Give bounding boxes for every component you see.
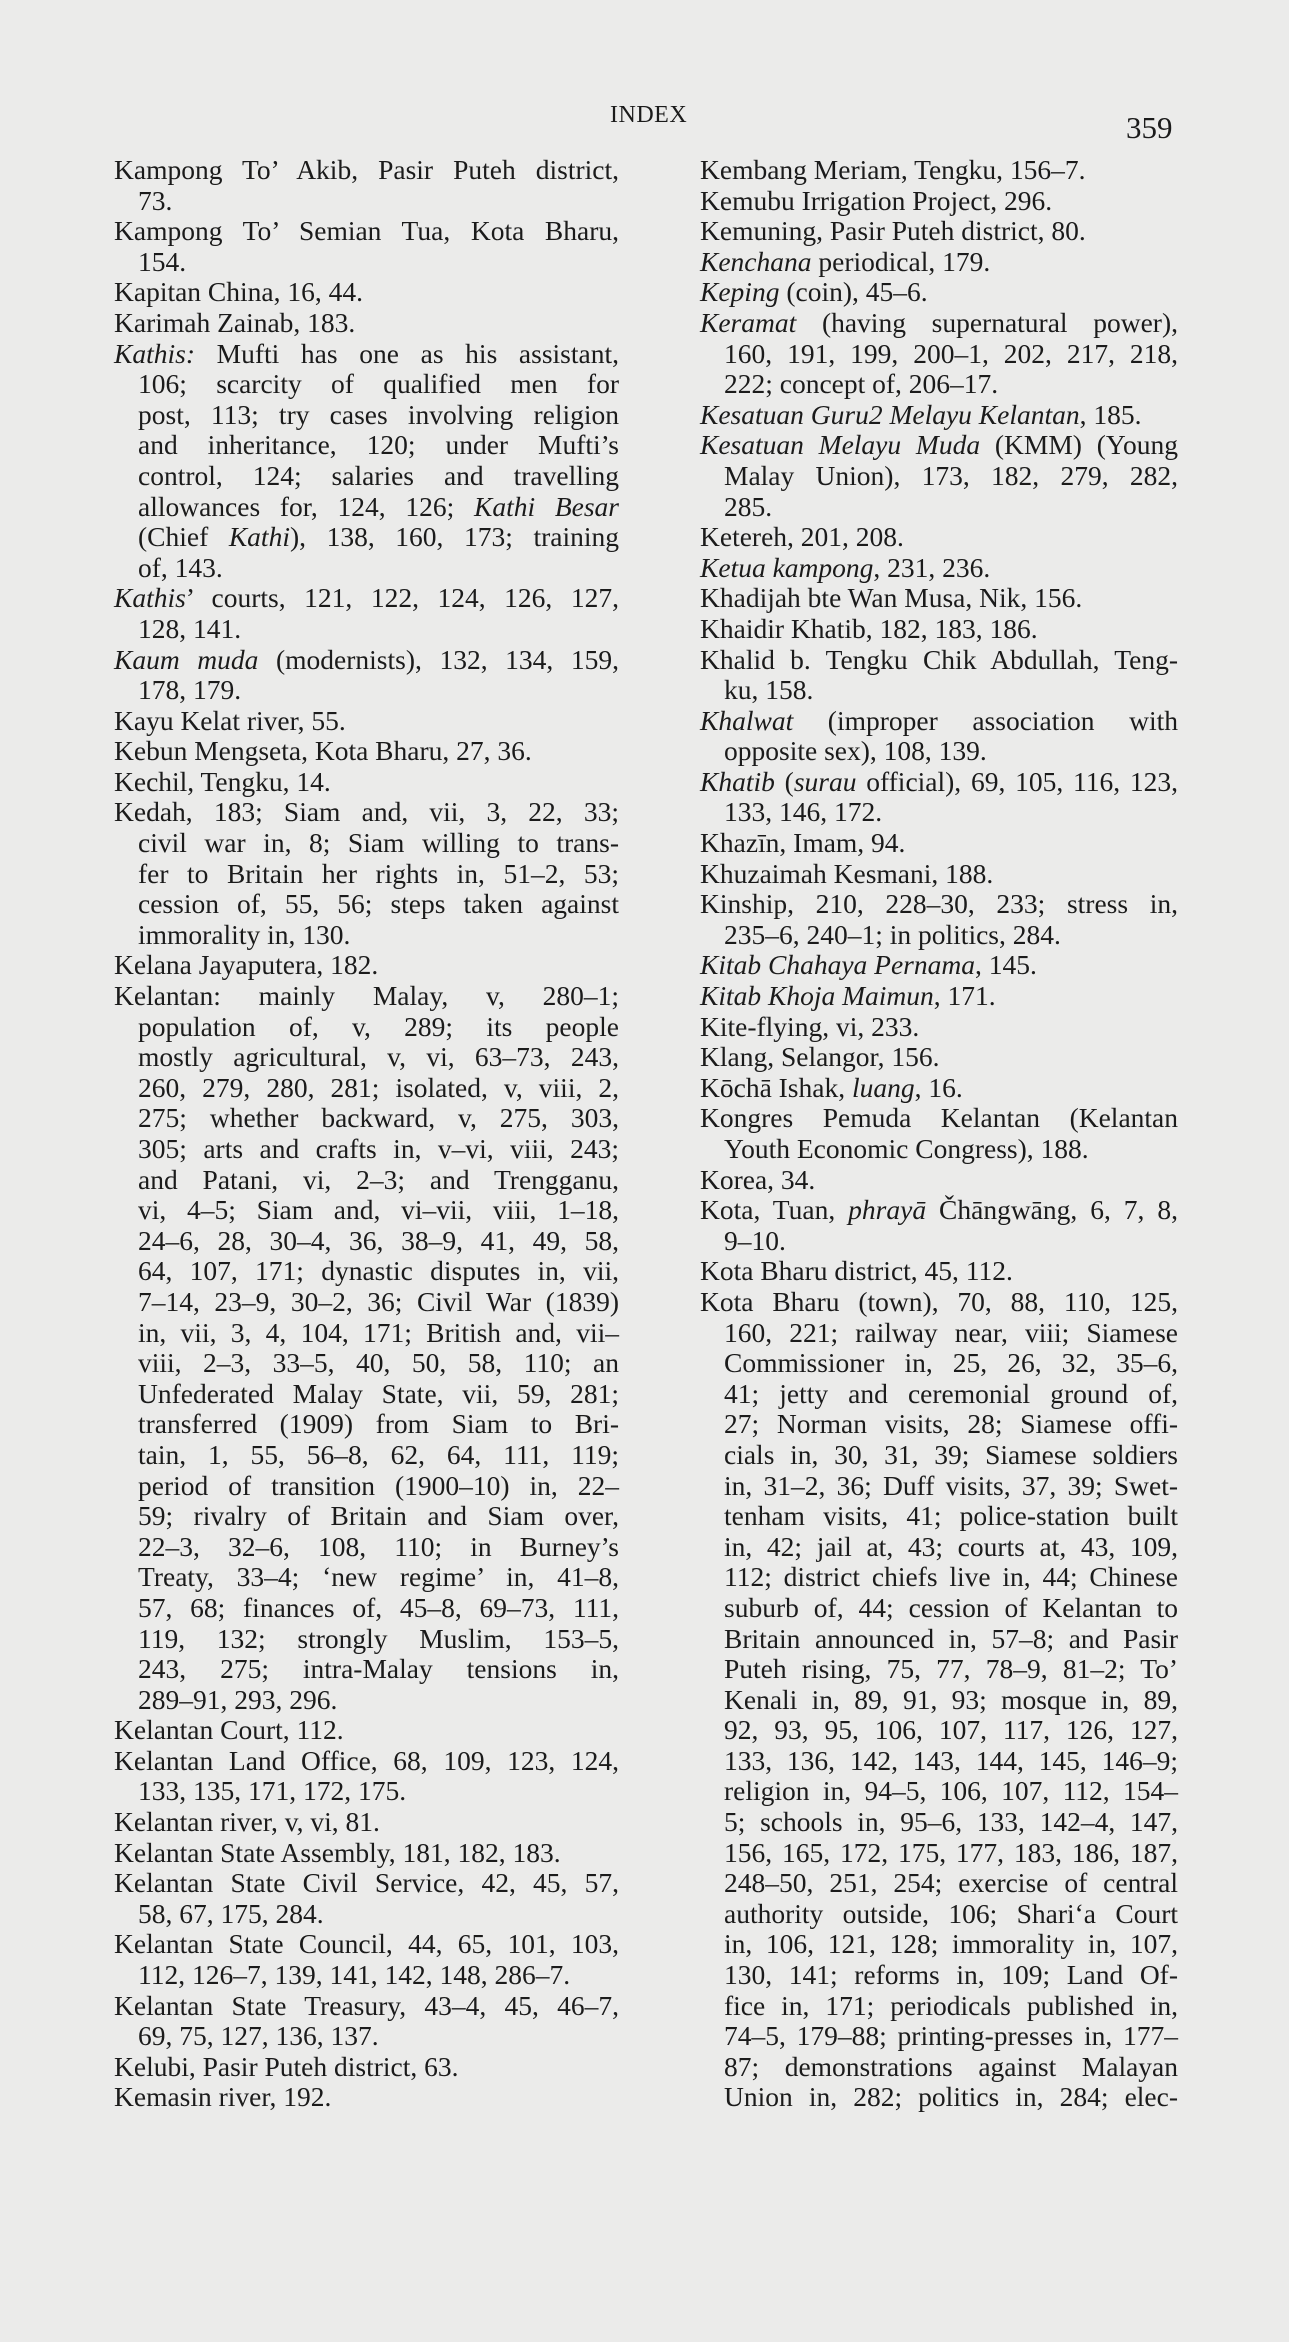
entry-text: Commissioner in, 25, 26, 32, 35–6,: [724, 1347, 1178, 1378]
entry-continuation-line: Union in, 282; politics in, 284; elec-: [700, 2082, 1178, 2113]
entry-text: 7–14, 23–9, 30–2, 36; Civil War (1839): [138, 1286, 619, 1317]
entry-text: tenham visits, 41; police-station built: [724, 1500, 1178, 1531]
entry-continuation-line: 178, 179.: [114, 675, 619, 706]
index-entry: Khalid b. Tengku Chik Abdullah, Teng-ku,…: [700, 645, 1178, 706]
entry-continuation-line: 57, 68; finances of, 45–8, 69–73, 111,: [114, 1593, 619, 1624]
entry-continuation-line: Treaty, 33–4; ‘new regime’ in, 41–8,: [114, 1562, 619, 1593]
entry-continuation-line: cials in, 30, 31, 39; Siamese soldiers: [700, 1440, 1178, 1471]
entry-text: Kelantan State Assembly, 181, 182, 183.: [114, 1837, 561, 1868]
entry-text: authority outside, 106; Shari‘a Court: [724, 1898, 1178, 1929]
entry-continuation-line: 41; jetty and ceremonial ground of,: [700, 1379, 1178, 1410]
entry-text: suburb of, 44; cession of Kelantan to: [724, 1592, 1178, 1623]
entry-text: Ketereh, 201, 208.: [700, 521, 904, 552]
entry-text: mostly agricultural, v, vi, 63–73, 243,: [138, 1041, 619, 1072]
entry-continuation-line: vi, 4–5; Siam and, vi–vii, viii, 1–18,: [114, 1195, 619, 1226]
index-entry: Kenchana periodical, 179.: [700, 247, 1178, 278]
entry-heading-line: Khadijah bte Wan Musa, Nik, 156.: [700, 583, 1178, 614]
entry-continuation-line: opposite sex), 108, 139.: [700, 736, 1178, 767]
entry-continuation-line: civil war in, 8; Siam willing to trans-: [114, 828, 619, 859]
index-entry: Kelantan State Assembly, 181, 182, 183.: [114, 1838, 619, 1869]
index-entry: Kelantan Land Office, 68, 109, 123, 124,…: [114, 1746, 619, 1807]
italic-term: Kenchana: [700, 246, 812, 277]
entry-text: 133, 136, 142, 143, 144, 145, 146–9;: [724, 1745, 1178, 1776]
entry-heading-line: Kongres Pemuda Kelantan (Kelantan: [700, 1103, 1178, 1134]
entry-heading-line: Khalwat (improper association with: [700, 706, 1178, 737]
italic-term: Khalwat: [700, 705, 793, 736]
index-entry: Kembang Meriam, Tengku, 156–7.: [700, 155, 1178, 186]
entry-text: Kechil, Tengku, 14.: [114, 766, 331, 797]
entry-continuation-line: Britain announced in, 57–8; and Pasir: [700, 1624, 1178, 1655]
entry-text: in, 42; jail at, 43; courts at, 43, 109,: [724, 1531, 1178, 1562]
index-entry: Kelantan State Council, 44, 65, 101, 103…: [114, 1929, 619, 1990]
entry-text: ku, 158.: [724, 674, 813, 705]
entry-heading-line: Kelantan State Assembly, 181, 182, 183.: [114, 1838, 619, 1869]
entry-continuation-line: post, 113; try cases involving religion: [114, 400, 619, 431]
entry-heading-line: Ketereh, 201, 208.: [700, 522, 1178, 553]
index-entry: Kampong To’ Akib, Pasir Puteh district,7…: [114, 155, 619, 216]
italic-term: Keping: [700, 276, 779, 307]
entry-text: Unfederated Malay State, vii, 59, 281;: [138, 1378, 619, 1409]
entry-continuation-line: tain, 1, 55, 56–8, 62, 64, 111, 119;: [114, 1440, 619, 1471]
entry-text: 64, 107, 171; dynastic disputes in, vii,: [138, 1255, 619, 1286]
entry-text: viii, 2–3, 33–5, 40, 50, 58, 110; an: [138, 1347, 619, 1378]
entry-text: post, 113; try cases involving religion: [138, 399, 619, 430]
entry-heading-line: Kota Bharu district, 45, 112.: [700, 1256, 1178, 1287]
entry-text: Kota, Tuan,: [700, 1194, 848, 1225]
entry-heading-line: Kaum muda (modernists), 132, 134, 159,: [114, 645, 619, 676]
index-column-left: Kampong To’ Akib, Pasir Puteh district,7…: [114, 155, 619, 2113]
entry-continuation-line: 119, 132; strongly Muslim, 153–5,: [114, 1624, 619, 1655]
entry-text: 41; jetty and ceremonial ground of,: [724, 1378, 1178, 1409]
entry-text: vi, 4–5; Siam and, vi–vii, viii, 1–18,: [138, 1194, 619, 1225]
entry-text: (: [775, 766, 794, 797]
entry-continuation-line: 154.: [114, 247, 619, 278]
entry-text: periodical, 179.: [812, 246, 991, 277]
entry-text: 27; Norman visits, 28; Siamese offi-: [724, 1408, 1178, 1439]
entry-text: Youth Economic Congress), 188.: [724, 1133, 1089, 1164]
entry-text: 248–50, 251, 254; exercise of central: [724, 1867, 1178, 1898]
entry-continuation-line: 27; Norman visits, 28; Siamese offi-: [700, 1409, 1178, 1440]
entry-continuation-line: 106; scarcity of qualified men for: [114, 369, 619, 400]
entry-text: 243, 275; intra-Malay tensions in,: [138, 1653, 619, 1684]
entry-text: Kampong To’ Akib, Pasir Puteh district,: [114, 154, 619, 185]
entry-continuation-line: Puteh rising, 75, 77, 78–9, 81–2; To’: [700, 1654, 1178, 1685]
entry-heading-line: Khazīn, Imam, 94.: [700, 828, 1178, 859]
entry-text: ’ courts, 121, 122, 124, 126, 127,: [186, 582, 619, 613]
entry-heading-line: Korea, 34.: [700, 1165, 1178, 1196]
entry-text: civil war in, 8; Siam willing to trans-: [138, 827, 619, 858]
entry-text: Kota Bharu (town), 70, 88, 110, 125,: [700, 1286, 1178, 1317]
entry-text: cession of, 55, 56; steps taken against: [138, 888, 619, 919]
index-entry: Kayu Kelat river, 55.: [114, 706, 619, 737]
index-entry: Kemuning, Pasir Puteh district, 80.: [700, 216, 1178, 247]
index-entry: Kelantan river, v, vi, 81.: [114, 1807, 619, 1838]
italic-term: Kathis: [114, 582, 186, 613]
entry-continuation-line: 58, 67, 175, 284.: [114, 1899, 619, 1930]
entry-text: 74–5, 179–88; printing-presses in, 177–: [724, 2020, 1178, 2051]
entry-text: cials in, 30, 31, 39; Siamese soldiers: [724, 1439, 1178, 1470]
entry-continuation-line: religion in, 94–5, 106, 107, 112, 154–: [700, 1776, 1178, 1807]
entry-text: 156, 165, 172, 175, 177, 183, 186, 187,: [724, 1837, 1178, 1868]
entry-text: official), 69, 105, 116, 123,: [856, 766, 1178, 797]
entry-text: Kelantan State Council, 44, 65, 101, 103…: [114, 1928, 619, 1959]
italic-term: Kesatuan Melayu Muda: [700, 429, 980, 460]
entry-text: religion in, 94–5, 106, 107, 112, 154–: [724, 1775, 1178, 1806]
index-entry: Keping (coin), 45–6.: [700, 277, 1178, 308]
italic-term: Kaum muda: [114, 644, 258, 675]
entry-continuation-line: mostly agricultural, v, vi, 63–73, 243,: [114, 1042, 619, 1073]
entry-text: Korea, 34.: [700, 1164, 815, 1195]
index-entry: Khuzaimah Kesmani, 188.: [700, 859, 1178, 890]
entry-text: , 231, 236.: [873, 552, 990, 583]
entry-text: 133, 146, 172.: [724, 796, 882, 827]
entry-heading-line: Kedah, 183; Siam and, vii, 3, 22, 33;: [114, 797, 619, 828]
index-entry: Kitab Chahaya Pernama, 145.: [700, 950, 1178, 981]
entry-continuation-line: control, 124; salaries and travelling: [114, 461, 619, 492]
entry-text: (coin), 45–6.: [779, 276, 927, 307]
entry-text: Kapitan China, 16, 44.: [114, 276, 363, 307]
entry-text: Mufti has one as his assistant,: [195, 338, 619, 369]
italic-term: Kesatuan Guru2 Melayu Kelantan: [700, 399, 1080, 430]
index-entry: Khadijah bte Wan Musa, Nik, 156.: [700, 583, 1178, 614]
entry-heading-line: Kelana Jayaputera, 182.: [114, 950, 619, 981]
index-entry: Keramat (having supernatural power),160,…: [700, 308, 1178, 400]
entry-continuation-line: 128, 141.: [114, 614, 619, 645]
index-entry: Kechil, Tengku, 14.: [114, 767, 619, 798]
entry-heading-line: Ketua kampong, 231, 236.: [700, 553, 1178, 584]
italic-term: phrayā: [848, 1194, 926, 1225]
entry-text: 87; demonstrations against Malayan: [724, 2051, 1178, 2082]
index-entry: Kesatuan Melayu Muda (KMM) (YoungMalay U…: [700, 430, 1178, 522]
entry-heading-line: Karimah Zainab, 183.: [114, 308, 619, 339]
entry-continuation-line: 130, 141; reforms in, 109; Land Of-: [700, 1960, 1178, 1991]
entry-text: 112; district chiefs live in, 44; Chines…: [724, 1561, 1178, 1592]
entry-heading-line: Kampong To’ Semian Tua, Kota Bharu,: [114, 216, 619, 247]
entry-continuation-line: of, 143.: [114, 553, 619, 584]
entry-continuation-line: 24–6, 28, 30–4, 36, 38–9, 41, 49, 58,: [114, 1226, 619, 1257]
entry-continuation-line: 248–50, 251, 254; exercise of central: [700, 1868, 1178, 1899]
italic-term: Kathi Besar: [474, 491, 619, 522]
entry-continuation-line: 235–6, 240–1; in politics, 284.: [700, 920, 1178, 951]
entry-text: 106; scarcity of qualified men for: [138, 368, 619, 399]
entry-text: Kongres Pemuda Kelantan (Kelantan: [700, 1102, 1178, 1133]
entry-continuation-line: Malay Union), 173, 182, 279, 282,: [700, 461, 1178, 492]
index-entry: Kota, Tuan, phrayā Čhāngwāng, 6, 7, 8,9–…: [700, 1195, 1178, 1256]
entry-text: 69, 75, 127, 136, 137.: [138, 2020, 379, 2051]
entry-text: opposite sex), 108, 139.: [724, 735, 987, 766]
entry-continuation-line: 160, 221; railway near, viii; Siamese: [700, 1318, 1178, 1349]
entry-text: Kedah, 183; Siam and, vii, 3, 22, 33;: [114, 796, 619, 827]
entry-continuation-line: fice in, 171; periodicals published in,: [700, 1991, 1178, 2022]
italic-term: luang: [852, 1072, 915, 1103]
index-entry: Kelantan Court, 112.: [114, 1715, 619, 1746]
entry-text: fer to Britain her rights in, 51–2, 53;: [138, 858, 619, 889]
index-entry: Kitab Khoja Maimun, 171.: [700, 981, 1178, 1012]
entry-text: and inheritance, 120; under Mufti’s: [138, 429, 619, 460]
entry-text: 154.: [138, 246, 186, 277]
entry-continuation-line: 289–91, 293, 296.: [114, 1685, 619, 1716]
entry-text: Puteh rising, 75, 77, 78–9, 81–2; To’: [724, 1653, 1178, 1684]
entry-continuation-line: period of transition (1900–10) in, 22–: [114, 1471, 619, 1502]
entry-heading-line: Kemasin river, 192.: [114, 2082, 619, 2113]
index-entry: Kedah, 183; Siam and, vii, 3, 22, 33;civ…: [114, 797, 619, 950]
entry-heading-line: Kitab Khoja Maimun, 171.: [700, 981, 1178, 1012]
index-entry: Kelantan State Treasury, 43–4, 45, 46–7,…: [114, 1991, 619, 2052]
entry-text: 22–3, 32–6, 108, 110; in Burney’s: [138, 1531, 619, 1562]
entry-heading-line: Kembang Meriam, Tengku, 156–7.: [700, 155, 1178, 186]
entry-heading-line: Kitab Chahaya Pernama, 145.: [700, 950, 1178, 981]
entry-continuation-line: 64, 107, 171; dynastic disputes in, vii,: [114, 1256, 619, 1287]
index-entry: Kemasin river, 192.: [114, 2082, 619, 2113]
italic-term: Ketua kampong: [700, 552, 873, 583]
entry-continuation-line: 156, 165, 172, 175, 177, 183, 186, 187,: [700, 1838, 1178, 1869]
entry-heading-line: Kampong To’ Akib, Pasir Puteh district,: [114, 155, 619, 186]
entry-heading-line: Khuzaimah Kesmani, 188.: [700, 859, 1178, 890]
entry-heading-line: Kayu Kelat river, 55.: [114, 706, 619, 737]
running-head: INDEX: [610, 102, 687, 129]
entry-continuation-line: immorality in, 130.: [114, 920, 619, 951]
entry-text: 178, 179.: [138, 674, 241, 705]
entry-heading-line: Kemubu Irrigation Project, 296.: [700, 186, 1178, 217]
entry-heading-line: Khaidir Khatib, 182, 183, 186.: [700, 614, 1178, 645]
index-entry: Karimah Zainab, 183.: [114, 308, 619, 339]
entry-continuation-line: (Chief Kathi), 138, 160, 173; training: [114, 522, 619, 553]
entry-continuation-line: 112; district chiefs live in, 44; Chines…: [700, 1562, 1178, 1593]
entry-continuation-line: 69, 75, 127, 136, 137.: [114, 2021, 619, 2052]
entry-text: (Chief: [138, 521, 229, 552]
entry-continuation-line: 112, 126–7, 139, 141, 142, 148, 286–7.: [114, 1960, 619, 1991]
entry-text: Kelantan: mainly Malay, v, 280–1;: [114, 980, 619, 1011]
entry-continuation-line: 133, 146, 172.: [700, 797, 1178, 828]
entry-continuation-line: and inheritance, 120; under Mufti’s: [114, 430, 619, 461]
entry-text: Kinship, 210, 228–30, 233; stress in,: [700, 888, 1178, 919]
entry-heading-line: Kite-flying, vi, 233.: [700, 1012, 1178, 1043]
entry-continuation-line: suburb of, 44; cession of Kelantan to: [700, 1593, 1178, 1624]
entry-continuation-line: in, 42; jail at, 43; courts at, 43, 109,: [700, 1532, 1178, 1563]
entry-heading-line: Kathis: Mufti has one as his assistant,: [114, 339, 619, 370]
entry-text: Kelana Jayaputera, 182.: [114, 949, 378, 980]
index-entry: Kathis: Mufti has one as his assistant,1…: [114, 339, 619, 584]
index-entry: Kathis’ courts, 121, 122, 124, 126, 127,…: [114, 583, 619, 644]
entry-text: (having supernatural power),: [796, 307, 1178, 338]
entry-continuation-line: tenham visits, 41; police-station built: [700, 1501, 1178, 1532]
entry-continuation-line: 285.: [700, 492, 1178, 523]
entry-continuation-line: 305; arts and crafts in, v–vi, viii, 243…: [114, 1134, 619, 1165]
entry-text: immorality in, 130.: [138, 919, 350, 950]
entry-text: 160, 221; railway near, viii; Siamese: [724, 1317, 1178, 1348]
entry-continuation-line: 160, 191, 199, 200–1, 202, 217, 218,: [700, 339, 1178, 370]
entry-text: Khuzaimah Kesmani, 188.: [700, 858, 993, 889]
entry-text: Khadijah bte Wan Musa, Nik, 156.: [700, 582, 1082, 613]
entry-text: Union in, 282; politics in, 284; elec-: [724, 2081, 1178, 2112]
entry-heading-line: Kōchā Ishak, luang, 16.: [700, 1073, 1178, 1104]
entry-text: 73.: [138, 185, 172, 216]
entry-heading-line: Kelantan State Council, 44, 65, 101, 103…: [114, 1929, 619, 1960]
entry-text: 92, 93, 95, 106, 107, 117, 126, 127,: [724, 1714, 1178, 1745]
entry-text: in, 31–2, 36; Duff visits, 37, 39; Swet-: [724, 1470, 1178, 1501]
index-entry: Khatib (surau official), 69, 105, 116, 1…: [700, 767, 1178, 828]
index-entry: Khaidir Khatib, 182, 183, 186.: [700, 614, 1178, 645]
entry-text: (improper association with: [793, 705, 1178, 736]
entry-text: Khalid b. Tengku Chik Abdullah, Teng-: [700, 644, 1178, 675]
entry-text: Kemuning, Pasir Puteh district, 80.: [700, 215, 1086, 246]
index-entry: Kota Bharu district, 45, 112.: [700, 1256, 1178, 1287]
entry-continuation-line: 222; concept of, 206–17.: [700, 369, 1178, 400]
entry-continuation-line: 7–14, 23–9, 30–2, 36; Civil War (1839): [114, 1287, 619, 1318]
entry-heading-line: Kathis’ courts, 121, 122, 124, 126, 127,: [114, 583, 619, 614]
entry-heading-line: Kemuning, Pasir Puteh district, 80.: [700, 216, 1178, 247]
index-entry: Ketereh, 201, 208.: [700, 522, 1178, 553]
italic-term: surau: [794, 766, 857, 797]
entry-text: 5; schools in, 95–6, 133, 142–4, 147,: [724, 1806, 1178, 1837]
entry-text: Karimah Zainab, 183.: [114, 307, 355, 338]
italic-term: Kitab Khoja Maimun: [700, 980, 934, 1011]
entry-text: 305; arts and crafts in, v–vi, viii, 243…: [138, 1133, 619, 1164]
index-entry: Klang, Selangor, 156.: [700, 1042, 1178, 1073]
entry-text: Kampong To’ Semian Tua, Kota Bharu,: [114, 215, 619, 246]
entry-heading-line: Kelantan State Treasury, 43–4, 45, 46–7,: [114, 1991, 619, 2022]
entry-text: Khaidir Khatib, 182, 183, 186.: [700, 613, 1038, 644]
entry-text: Treaty, 33–4; ‘new regime’ in, 41–8,: [138, 1561, 619, 1592]
entry-heading-line: Keping (coin), 45–6.: [700, 277, 1178, 308]
entry-text: Kenali in, 89, 91, 93; mosque in, 89,: [724, 1684, 1178, 1715]
entry-continuation-line: Youth Economic Congress), 188.: [700, 1134, 1178, 1165]
entry-continuation-line: transferred (1909) from Siam to Bri-: [114, 1409, 619, 1440]
entry-heading-line: Kesatuan Guru2 Melayu Kelantan, 185.: [700, 400, 1178, 431]
entry-continuation-line: 22–3, 32–6, 108, 110; in Burney’s: [114, 1532, 619, 1563]
entry-text: 160, 191, 199, 200–1, 202, 217, 218,: [724, 338, 1178, 369]
entry-heading-line: Kenchana periodical, 179.: [700, 247, 1178, 278]
entry-text: 128, 141.: [138, 613, 241, 644]
entry-text: 57, 68; finances of, 45–8, 69–73, 111,: [138, 1592, 619, 1623]
entry-heading-line: Kinship, 210, 228–30, 233; stress in,: [700, 889, 1178, 920]
entry-heading-line: Kelubi, Pasir Puteh district, 63.: [114, 2052, 619, 2083]
entry-heading-line: Kapitan China, 16, 44.: [114, 277, 619, 308]
entry-continuation-line: 73.: [114, 186, 619, 217]
italic-term: Kitab Chahaya Pernama: [700, 949, 975, 980]
entry-continuation-line: 133, 135, 171, 172, 175.: [114, 1776, 619, 1807]
entry-heading-line: Kelantan Court, 112.: [114, 1715, 619, 1746]
entry-continuation-line: population of, v, 289; its people: [114, 1012, 619, 1043]
entry-text: Malay Union), 173, 182, 279, 282,: [724, 460, 1178, 491]
entry-text: allowances for, 124, 126;: [138, 491, 474, 522]
entry-heading-line: Khatib (surau official), 69, 105, 116, 1…: [700, 767, 1178, 798]
entry-text: fice in, 171; periodicals published in,: [724, 1990, 1178, 2021]
entry-text: (modernists), 132, 134, 159,: [258, 644, 619, 675]
entry-text: 9–10.: [724, 1225, 786, 1256]
entry-continuation-line: 74–5, 179–88; printing-presses in, 177–: [700, 2021, 1178, 2052]
index-entry: Kite-flying, vi, 233.: [700, 1012, 1178, 1043]
entry-text: (KMM) (Young: [980, 429, 1178, 460]
index-entry: Korea, 34.: [700, 1165, 1178, 1196]
entry-continuation-line: in, 31–2, 36; Duff visits, 37, 39; Swet-: [700, 1471, 1178, 1502]
entry-heading-line: Keramat (having supernatural power),: [700, 308, 1178, 339]
entry-text: Khazīn, Imam, 94.: [700, 827, 905, 858]
entry-heading-line: Kesatuan Melayu Muda (KMM) (Young: [700, 430, 1178, 461]
page-header: INDEX 359: [0, 98, 1289, 138]
entry-continuation-line: fer to Britain her rights in, 51–2, 53;: [114, 859, 619, 890]
entry-text: transferred (1909) from Siam to Bri-: [138, 1408, 619, 1439]
index-column-right: Kembang Meriam, Tengku, 156–7.Kemubu Irr…: [700, 155, 1178, 2113]
entry-text: Kelantan river, v, vi, 81.: [114, 1806, 380, 1837]
entry-text: 119, 132; strongly Muslim, 153–5,: [138, 1623, 619, 1654]
entry-text: of, 143.: [138, 552, 223, 583]
entry-text: Kayu Kelat river, 55.: [114, 705, 346, 736]
entry-continuation-line: 243, 275; intra-Malay tensions in,: [114, 1654, 619, 1685]
entry-text: 285.: [724, 491, 772, 522]
entry-continuation-line: 59; rivalry of Britain and Siam over,: [114, 1501, 619, 1532]
entry-continuation-line: Commissioner in, 25, 26, 32, 35–6,: [700, 1348, 1178, 1379]
entry-continuation-line: 275; whether backward, v, 275, 303,: [114, 1103, 619, 1134]
entry-text: Kōchā Ishak,: [700, 1072, 852, 1103]
index-entry: Kongres Pemuda Kelantan (KelantanYouth E…: [700, 1103, 1178, 1164]
index-entry: Kebun Mengseta, Kota Bharu, 27, 36.: [114, 736, 619, 767]
entry-text: 133, 135, 171, 172, 175.: [138, 1775, 406, 1806]
entry-text: Klang, Selangor, 156.: [700, 1041, 939, 1072]
entry-text: Kelantan State Treasury, 43–4, 45, 46–7,: [114, 1990, 619, 2021]
entry-text: , 145.: [975, 949, 1037, 980]
index-entry: Kesatuan Guru2 Melayu Kelantan, 185.: [700, 400, 1178, 431]
index-entry: Kelantan: mainly Malay, v, 280–1;populat…: [114, 981, 619, 1715]
entry-heading-line: Kechil, Tengku, 14.: [114, 767, 619, 798]
index-entry: Kampong To’ Semian Tua, Kota Bharu,154.: [114, 216, 619, 277]
index-entry: Kelantan State Civil Service, 42, 45, 57…: [114, 1868, 619, 1929]
entry-text: Kebun Mengseta, Kota Bharu, 27, 36.: [114, 735, 532, 766]
entry-heading-line: Kelantan: mainly Malay, v, 280–1;: [114, 981, 619, 1012]
entry-text: Čhāngwāng, 6, 7, 8,: [926, 1194, 1178, 1225]
index-entry: Kota Bharu (town), 70, 88, 110, 125,160,…: [700, 1287, 1178, 2113]
entry-text: 289–91, 293, 296.: [138, 1684, 337, 1715]
entry-heading-line: Kelantan Land Office, 68, 109, 123, 124,: [114, 1746, 619, 1777]
entry-text: in, 106, 121, 128; immorality in, 107,: [724, 1928, 1178, 1959]
entry-continuation-line: viii, 2–3, 33–5, 40, 50, 58, 110; an: [114, 1348, 619, 1379]
entry-text: Kelantan State Civil Service, 42, 45, 57…: [114, 1867, 619, 1898]
index-entry: Khazīn, Imam, 94.: [700, 828, 1178, 859]
entry-text: 275; whether backward, v, 275, 303,: [138, 1102, 619, 1133]
entry-text: 260, 279, 280, 281; isolated, v, viii, 2…: [138, 1072, 619, 1103]
entry-continuation-line: Unfederated Malay State, vii, 59, 281;: [114, 1379, 619, 1410]
entry-text: 235–6, 240–1; in politics, 284.: [724, 919, 1061, 950]
entry-heading-line: Kelantan State Civil Service, 42, 45, 57…: [114, 1868, 619, 1899]
entry-continuation-line: 87; demonstrations against Malayan: [700, 2052, 1178, 2083]
entry-text: in, vii, 3, 4, 104, 171; British and, vi…: [138, 1317, 619, 1348]
italic-term: Kathis:: [114, 338, 195, 369]
entry-heading-line: Kelantan river, v, vi, 81.: [114, 1807, 619, 1838]
entry-text: tain, 1, 55, 56–8, 62, 64, 111, 119;: [138, 1439, 619, 1470]
italic-term: Kathi: [229, 521, 290, 552]
entry-heading-line: Kota, Tuan, phrayā Čhāngwāng, 6, 7, 8,: [700, 1195, 1178, 1226]
entry-text: 58, 67, 175, 284.: [138, 1898, 324, 1929]
entry-text: Kota Bharu district, 45, 112.: [700, 1255, 1013, 1286]
page-number: 359: [1126, 110, 1173, 146]
index-entry: Ketua kampong, 231, 236.: [700, 553, 1178, 584]
entry-text: ), 138, 160, 173; training: [290, 521, 619, 552]
entry-continuation-line: authority outside, 106; Shari‘a Court: [700, 1899, 1178, 1930]
entry-heading-line: Klang, Selangor, 156.: [700, 1042, 1178, 1073]
entry-text: Kemubu Irrigation Project, 296.: [700, 185, 1052, 216]
entry-continuation-line: and Patani, vi, 2–3; and Trengganu,: [114, 1165, 619, 1196]
entry-text: Kite-flying, vi, 233.: [700, 1011, 919, 1042]
entry-continuation-line: in, vii, 3, 4, 104, 171; British and, vi…: [114, 1318, 619, 1349]
entry-continuation-line: 133, 136, 142, 143, 144, 145, 146–9;: [700, 1746, 1178, 1777]
italic-term: Keramat: [700, 307, 796, 338]
entry-text: , 16.: [915, 1072, 963, 1103]
entry-text: Kelubi, Pasir Puteh district, 63.: [114, 2051, 459, 2082]
entry-heading-line: Kota Bharu (town), 70, 88, 110, 125,: [700, 1287, 1178, 1318]
entry-continuation-line: 5; schools in, 95–6, 133, 142–4, 147,: [700, 1807, 1178, 1838]
entry-heading-line: Kebun Mengseta, Kota Bharu, 27, 36.: [114, 736, 619, 767]
entry-text: 24–6, 28, 30–4, 36, 38–9, 41, 49, 58,: [138, 1225, 619, 1256]
